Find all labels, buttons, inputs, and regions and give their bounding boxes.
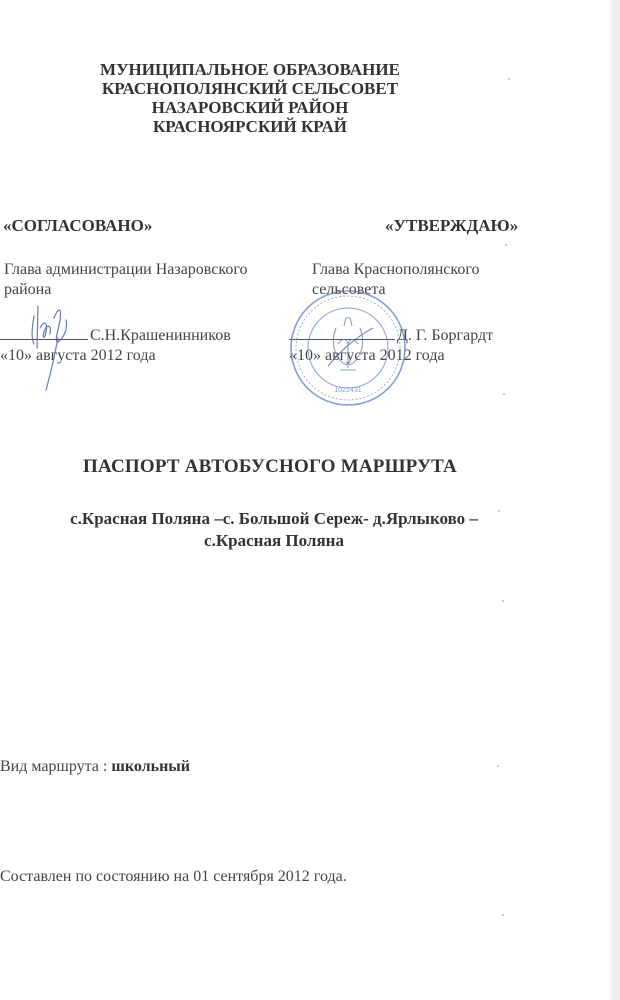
approved-signer-role: Глава Краснополянского сельсовета (312, 260, 542, 300)
approved-date: «10» августа 2012 года (289, 347, 445, 365)
route-type-value: школьный (111, 758, 190, 775)
agreed-signer-name: С.Н.Крашенинников (90, 327, 231, 344)
route-type: Вид маршрута : школьный (0, 758, 190, 776)
role-line: Глава Краснополянского (312, 260, 542, 280)
handwritten-signature-icon (28, 298, 78, 393)
header-line: КРАСНОЯРСКИЙ КРАЙ (40, 117, 460, 136)
role-line: сельсовета (312, 280, 542, 300)
municipality-header: МУНИЦИПАЛЬНОЕ ОБРАЗОВАНИЕ КРАСНОПОЛЯНСКИ… (40, 60, 460, 136)
route-name: с.Красная Поляна –с. Большой Сереж- д.Яр… (0, 508, 548, 552)
stamp-number: 1022431 (334, 387, 361, 394)
approved-signer-name: Д. Г. Боргардт (397, 327, 493, 344)
agreed-signature-line: С.Н.Крашенинников (0, 327, 275, 345)
header-line: КРАСНОПОЛЯНСКИЙ СЕЛЬСОВЕТ (40, 79, 460, 98)
agreed-signer-role: Глава администрации Назаровского района (4, 260, 304, 300)
agreed-date: «10» августа 2012 года (0, 347, 156, 365)
agreed-title: «СОГЛАСОВАНО» (3, 216, 152, 236)
scan-speck (508, 78, 510, 80)
signature-blank (289, 339, 395, 340)
scanned-document-page: МУНИЦИПАЛЬНОЕ ОБРАЗОВАНИЕ КРАСНОПОЛЯНСКИ… (0, 0, 620, 1000)
route-type-label: Вид маршрута : (0, 758, 111, 775)
scan-speck (503, 393, 505, 395)
scan-speck (498, 510, 500, 512)
page-edge-shadow (608, 0, 620, 1000)
compiled-date-note: Составлен по состоянию на 01 сентября 20… (0, 868, 347, 886)
route-line: с.Красная Поляна –с. Большой Сереж- д.Яр… (0, 508, 548, 530)
signature-blank (0, 339, 88, 340)
scan-speck (502, 600, 504, 602)
scan-speck (502, 914, 504, 916)
scan-speck (505, 244, 507, 246)
header-line: МУНИЦИПАЛЬНОЕ ОБРАЗОВАНИЕ (40, 60, 460, 79)
route-line: с.Красная Поляна (0, 530, 548, 552)
document-title: ПАСПОРТ АВТОБУСНОГО МАРШРУТА (0, 456, 540, 478)
approved-signature-line: Д. Г. Боргардт (289, 327, 493, 345)
scan-speck (497, 765, 499, 767)
role-line: района (4, 280, 304, 300)
header-line: НАЗАРОВСКИЙ РАЙОН (40, 98, 460, 117)
approved-title: «УТВЕРЖДАЮ» (385, 216, 518, 236)
role-line: Глава администрации Назаровского (4, 260, 304, 280)
